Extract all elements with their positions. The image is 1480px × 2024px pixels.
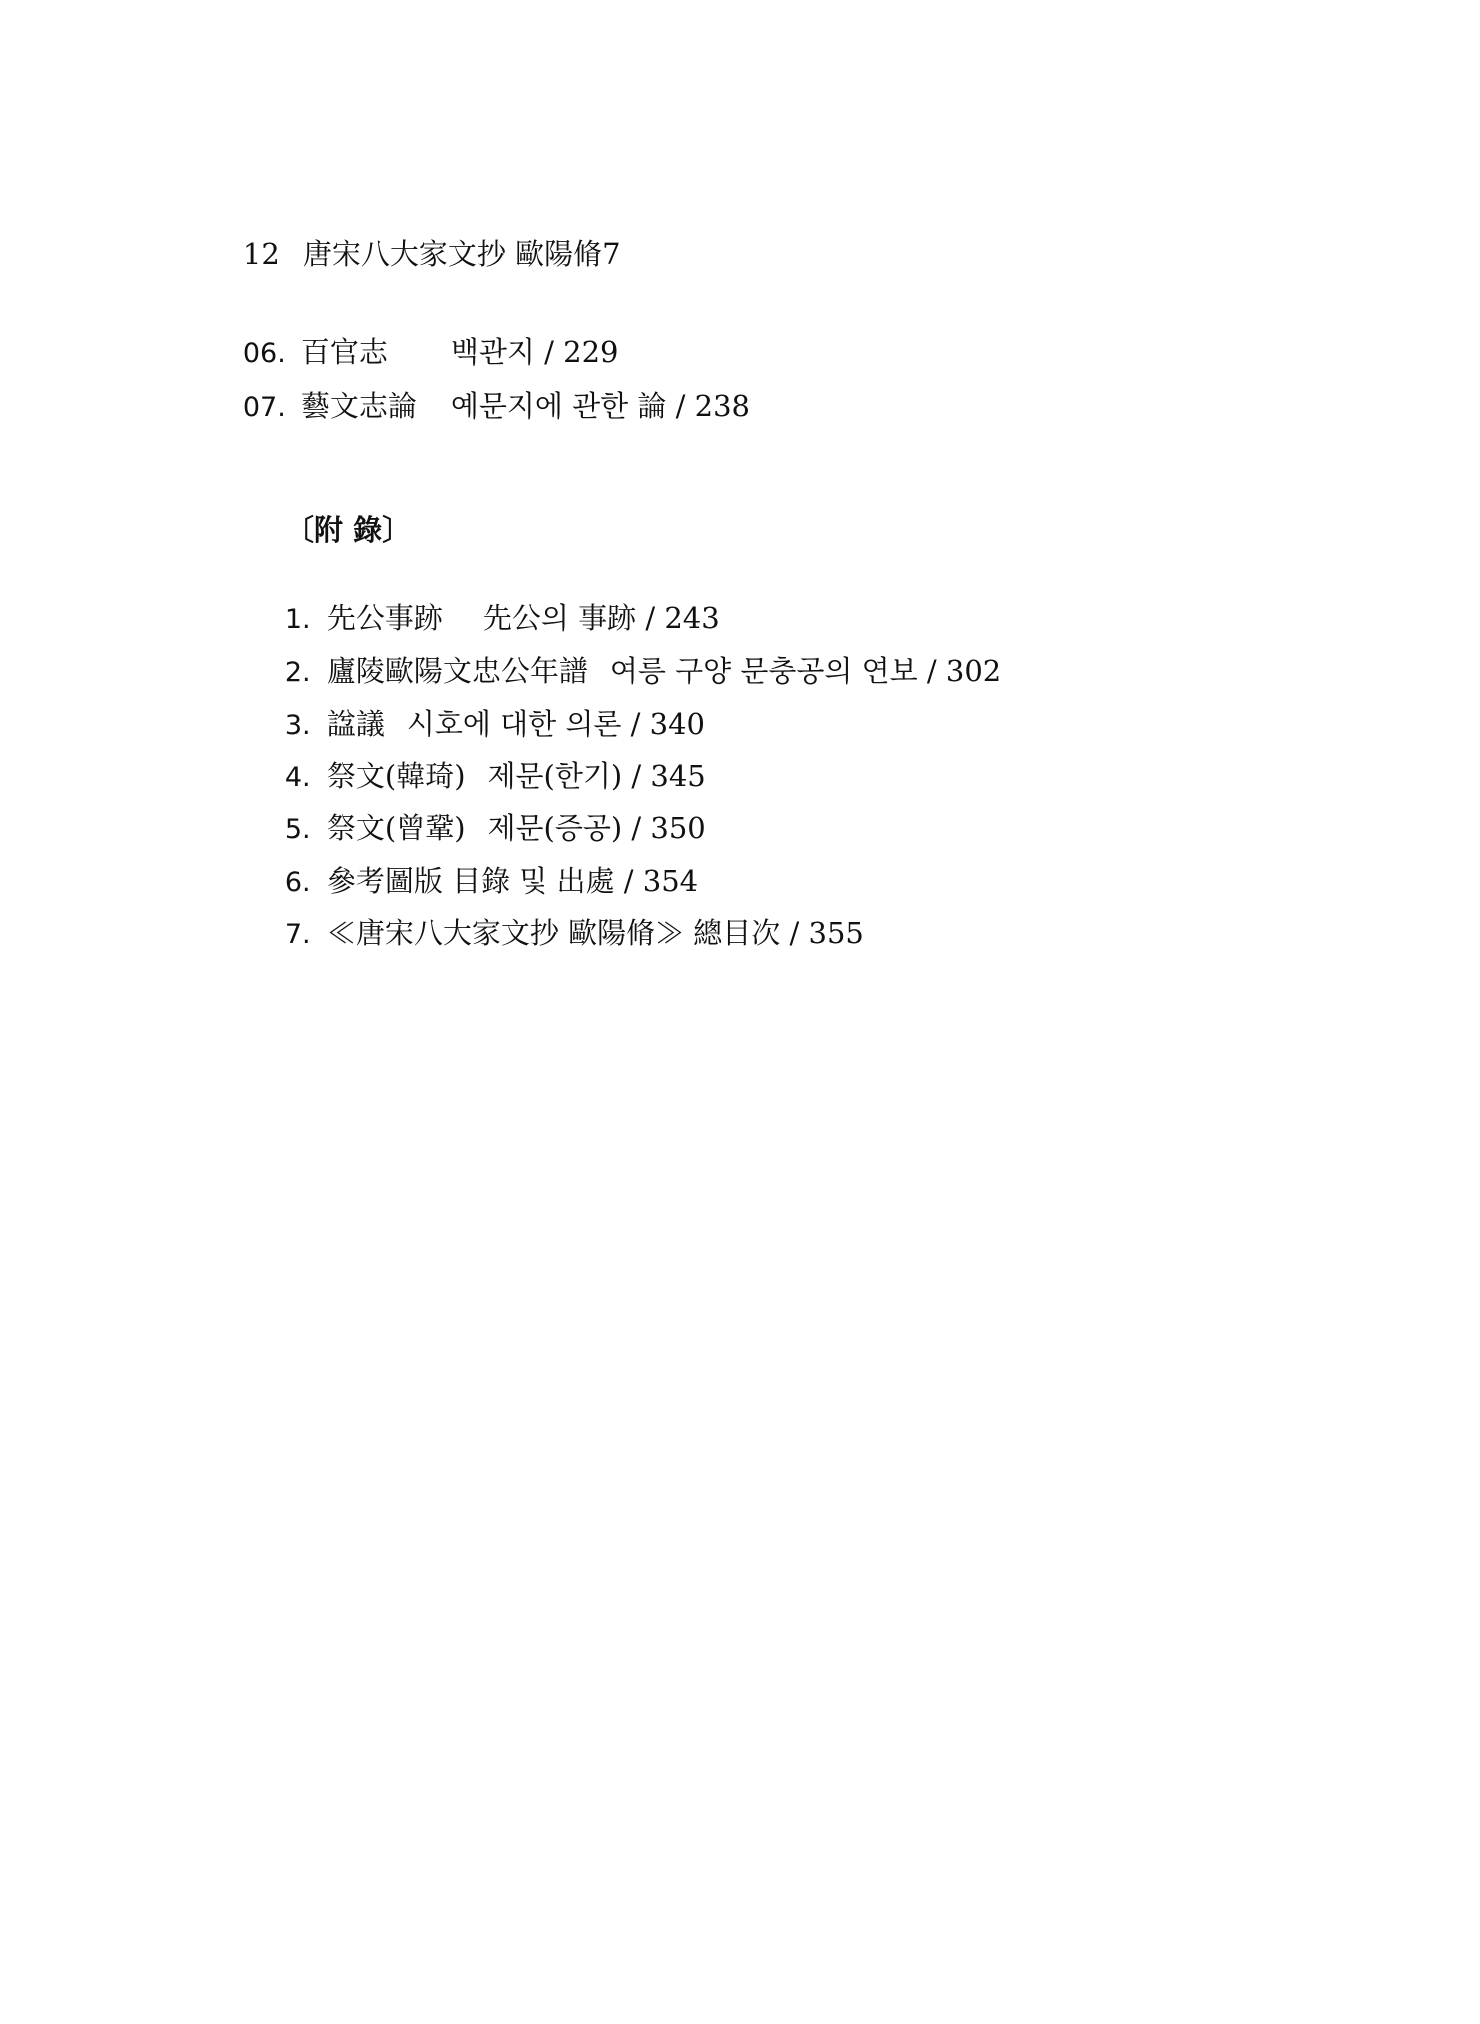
appendix-item-index: 7. bbox=[285, 917, 327, 953]
toc-entry-hanja: 藝文志論 bbox=[301, 388, 451, 424]
book-title: 唐宋八大家文抄 歐陽脩7 bbox=[303, 237, 621, 271]
toc-entry-page: / 238 bbox=[676, 389, 750, 423]
appendix-heading: 〔附 錄〕 bbox=[285, 512, 411, 548]
toc-entry-korean: 예문지에 관한 論 bbox=[451, 389, 667, 423]
page-number: 12 bbox=[243, 236, 303, 272]
appendix-item-hanja: ≪唐宋八大家文抄 歐陽脩≫ 總目次 bbox=[327, 916, 780, 950]
appendix-item-page: / 302 bbox=[927, 654, 1001, 688]
running-header: 12唐宋八大家文抄 歐陽脩7 bbox=[206, 200, 621, 308]
toc-entry: 07.藝文志論예문지에 관한 論 / 238 bbox=[206, 352, 750, 462]
document-page: 12唐宋八大家文抄 歐陽脩7 06.百官志백관지 / 229 07.藝文志論예문… bbox=[0, 0, 1480, 2024]
appendix-item: 7.≪唐宋八大家文抄 歐陽脩≫ 總目次 / 355 bbox=[248, 879, 864, 989]
toc-entry-index: 07. bbox=[243, 390, 301, 426]
appendix-item-page: / 355 bbox=[790, 916, 864, 950]
